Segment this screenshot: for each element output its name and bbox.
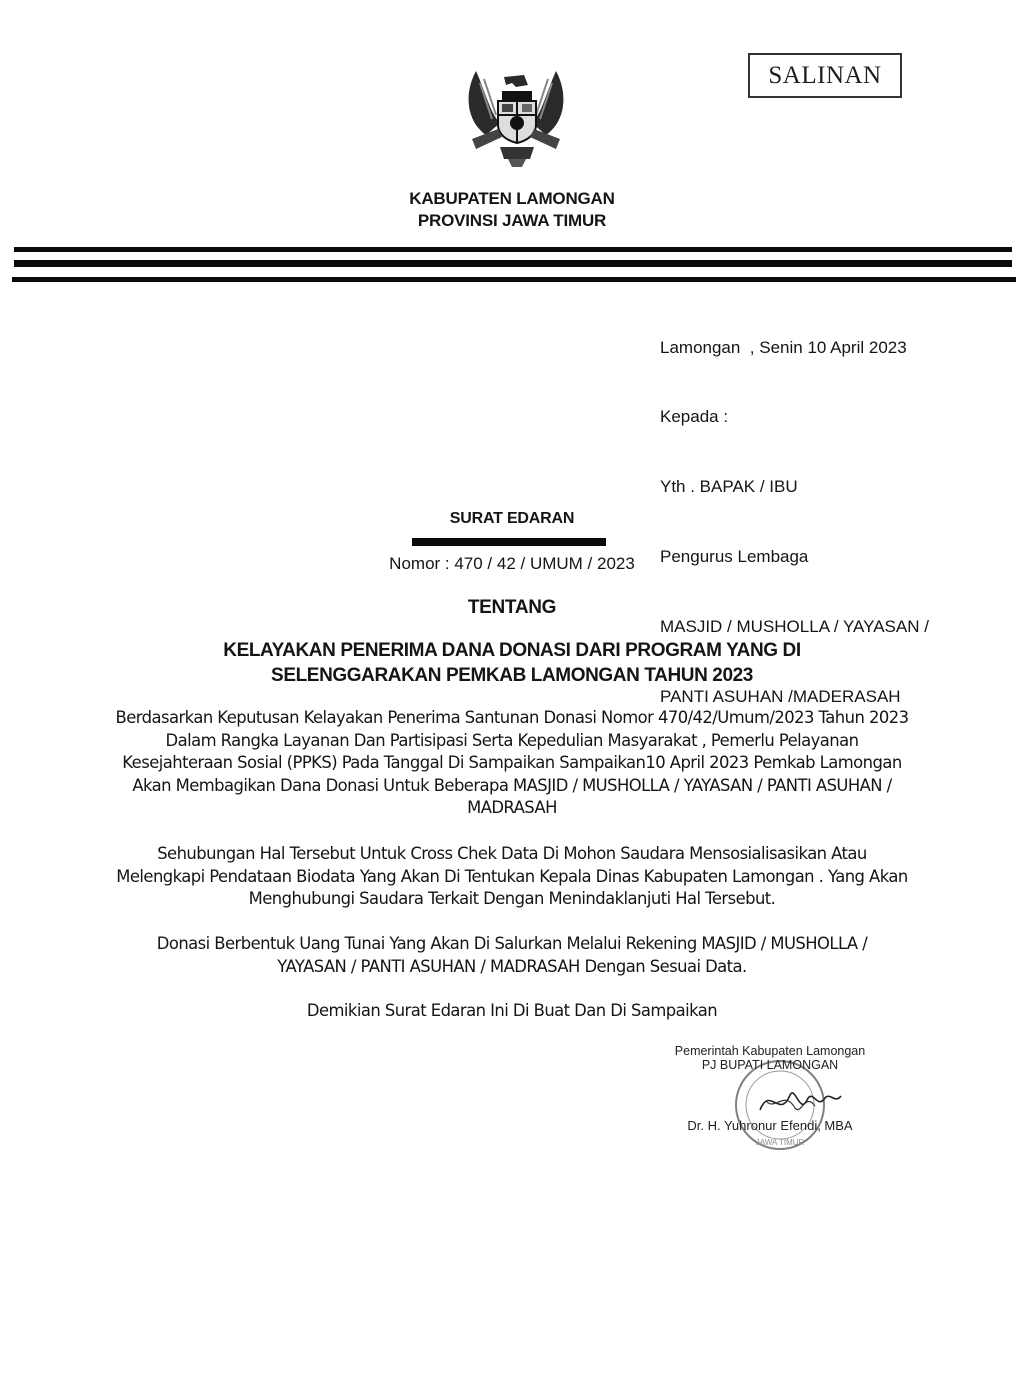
signatory-name: Dr. H. Yuhronur Efendi, MBA	[620, 1119, 920, 1133]
paragraph-line: Donasi Berbentuk Uang Tunai Yang Akan Di…	[40, 933, 984, 956]
closing-paragraph: Demikian Surat Edaran Ini Di Buat Dan Di…	[40, 1000, 984, 1023]
document-type: SURAT EDARAN	[0, 510, 1024, 528]
paragraph-line: Kesejahteraan Sosial (PPKS) Pada Tanggal…	[40, 752, 984, 775]
province-name: PROVINSI JAWA TIMUR	[0, 210, 1024, 232]
letterhead-rule	[14, 260, 1012, 267]
body-paragraph: Sehubungan Hal Tersebut Untuk Cross Chek…	[40, 843, 984, 911]
garuda-emblem-icon	[456, 63, 576, 169]
subject-line: KELAYAKAN PENERIMA DANA DONASI DARI PROG…	[0, 638, 1024, 663]
paragraph-line: Berdasarkan Keputusan Kelayakan Penerima…	[40, 707, 984, 730]
letterhead-rule	[14, 247, 1012, 252]
regency-name: KABUPATEN LAMONGAN	[0, 188, 1024, 210]
paragraph-line: Akan Membagikan Dana Donasi Untuk Bebera…	[40, 775, 984, 798]
salinan-stamp: SALINAN	[748, 53, 902, 98]
title-underline	[412, 538, 606, 546]
paragraph-line: Sehubungan Hal Tersebut Untuk Cross Chek…	[40, 843, 984, 866]
paragraph-line: Melengkapi Pendataan Biodata Yang Akan D…	[40, 866, 984, 889]
svg-text:JAWA TIMUR: JAWA TIMUR	[756, 1138, 805, 1147]
signatory-position: PJ BUPATI LAMONGAN	[620, 1058, 920, 1072]
paragraph-line: MADRASAH	[40, 797, 984, 820]
body-paragraph: Berdasarkan Keputusan Kelayakan Penerima…	[40, 707, 984, 820]
paragraph-line: Menghubungi Saudara Terkait Dengan Menin…	[40, 888, 984, 911]
body-paragraph: Donasi Berbentuk Uang Tunai Yang Akan Di…	[40, 933, 984, 978]
addressee-line: Kepada :	[660, 405, 929, 428]
date-line: Lamongan , Senin 10 April 2023	[660, 336, 929, 359]
addressee-line: Yth . BAPAK / IBU	[660, 475, 929, 498]
subject-line: SELENGGARAKAN PEMKAB LAMONGAN TAHUN 2023	[0, 663, 1024, 688]
letterhead-rule	[12, 277, 1016, 282]
signatory-institution: Pemerintah Kabupaten Lamongan	[620, 1044, 920, 1058]
addressee-line: PANTI ASUHAN /MADERASAH	[660, 685, 929, 708]
paragraph-line: Demikian Surat Edaran Ini Di Buat Dan Di…	[40, 1000, 984, 1023]
document-number: Nomor : 470 / 42 / UMUM / 2023	[0, 554, 1024, 574]
about-label: TENTANG	[0, 597, 1024, 619]
subject-heading: KELAYAKAN PENERIMA DANA DONASI DARI PROG…	[0, 638, 1024, 688]
paragraph-line: Dalam Rangka Layanan Dan Partisipasi Ser…	[40, 730, 984, 753]
paragraph-line: YAYASAN / PANTI ASUHAN / MADRASAH Dengan…	[40, 956, 984, 979]
